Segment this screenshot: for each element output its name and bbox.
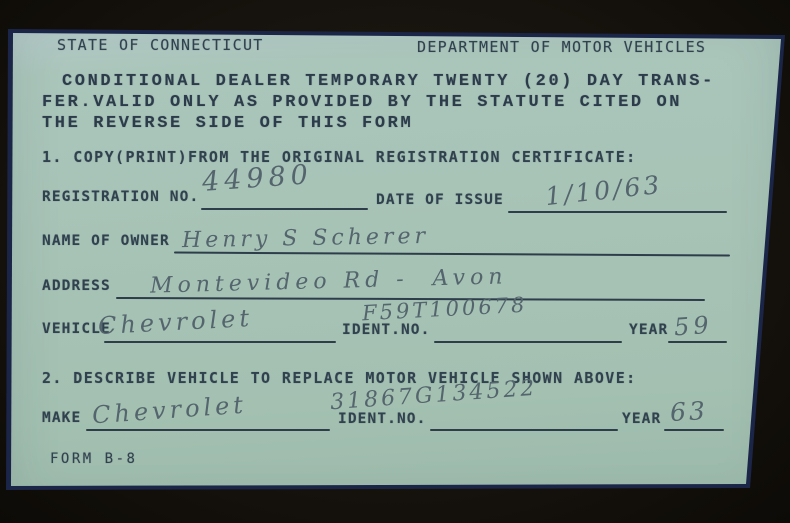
address-label: ADDRESS [42,278,111,294]
year-label-1: YEAR [629,322,668,338]
year-label-2: YEAR [622,411,661,427]
intro-line-1: CONDITIONAL DEALER TEMPORARY TWENTY (20)… [62,72,715,91]
section1-heading: 1. COPY(PRINT)FROM THE ORIGINAL REGISTRA… [42,148,637,166]
ident-no-underline-1 [434,341,622,343]
date-of-issue-label: DATE OF ISSUE [376,192,504,208]
year-underline-1 [668,341,727,343]
form-number: FORM B-8 [50,451,137,467]
intro-line-3: THE REVERSE SIDE OF THIS FORM [42,114,413,133]
intro-line-2: FER.VALID ONLY AS PROVIDED BY THE STATUT… [42,93,682,112]
year-value-2: 63 [669,396,708,427]
make-underline [86,429,330,431]
photo-background: STATE OF CONNECTICUT DEPARTMENT OF MOTOR… [0,0,790,523]
section2-heading: 2. DESCRIBE VEHICLE TO REPLACE MOTOR VEH… [42,369,637,387]
year-underline-2 [664,429,724,431]
ident-no-label-1: IDENT.NO. [342,322,430,338]
make-label: MAKE [42,410,81,426]
state-title: STATE OF CONNECTICUT [57,36,264,54]
date-of-issue-underline [508,211,727,213]
name-of-owner-value: Henry S Scherer [182,224,429,253]
department-title: DEPARTMENT OF MOTOR VEHICLES [417,38,706,56]
registration-no-label: REGISTRATION NO. [42,189,199,205]
ident-no-underline-2 [430,429,618,431]
registration-no-underline [201,208,368,210]
year-value-1: 59 [673,311,713,342]
vehicle-underline [104,341,336,343]
name-of-owner-label: NAME OF OWNER [42,233,170,249]
